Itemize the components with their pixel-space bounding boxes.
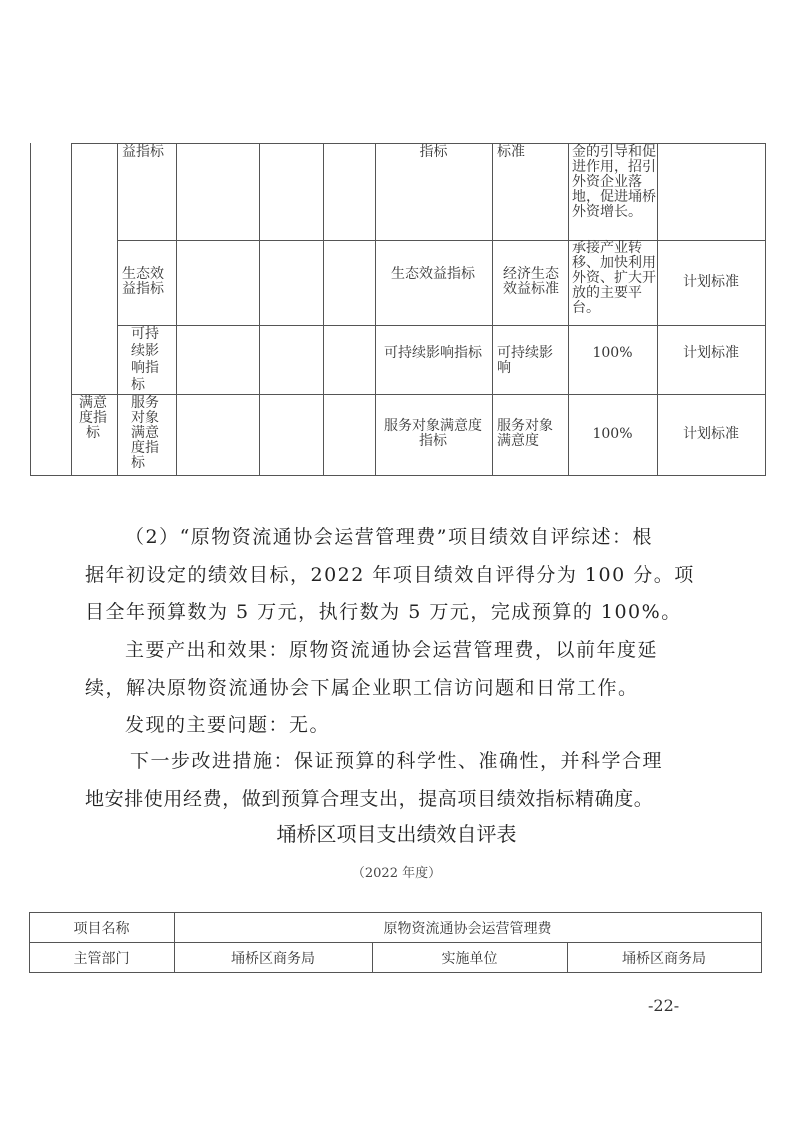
- page-number: -22-: [648, 996, 679, 1015]
- dept-value: 埇桥区商务局: [174, 948, 372, 968]
- table-cell-category: 满意度指标: [76, 396, 110, 441]
- table-cell-subcategory: 生态效益指标: [122, 267, 174, 297]
- table-cell-value: 100%: [568, 427, 657, 442]
- paragraph: 下一步改进措施：保证预算的科学性、准确性，并科学合理: [130, 746, 770, 773]
- table-cell-standard: 经济生态效益标准: [497, 267, 565, 297]
- table-cell-value: 100%: [568, 346, 657, 361]
- table-cell-basis: 计划标准: [657, 427, 765, 442]
- dept-label: 主管部门: [29, 948, 174, 968]
- table-subtitle: （2022 年度）: [0, 862, 793, 881]
- table-cell-standard: 标准: [497, 145, 567, 160]
- table-cell-basis: 计划标准: [657, 346, 765, 361]
- unit-label: 实施单位: [372, 948, 567, 968]
- paragraph: （2）“原物资流通协会运营管理费”项目绩效自评综述：根: [125, 522, 765, 549]
- paragraph: 续，解决原物资流通协会下属企业职工信访问题和日常工作。: [85, 673, 725, 700]
- paragraph: 据年初设定的绩效目标，2022 年项目绩效自评得分为 100 分。项: [85, 560, 725, 587]
- paragraph: 发现的主要问题：无。: [125, 710, 765, 737]
- table-cell-indicator: 指标: [375, 145, 492, 160]
- table-cell-indicator: 生态效益指标: [383, 267, 483, 282]
- table-title: 埇桥区项目支出绩效自评表: [0, 818, 793, 847]
- table-cell-value: 承接产业转移、加快利用外资、扩大开放的主要平台。: [572, 241, 656, 316]
- project-name-value: 原物资流通协会运营管理费: [174, 918, 761, 938]
- paragraph: 目全年预算数为 5 万元，执行数为 5 万元，完成预算的 100%。: [85, 597, 725, 624]
- project-name-label: 项目名称: [29, 918, 174, 938]
- table-cell-indicator: 服务对象满意度指标: [383, 419, 483, 449]
- table-cell-subcategory: 服务对象满意度指标: [131, 396, 165, 471]
- table-cell-standard: 服务对象满意度: [497, 419, 565, 449]
- table-cell-standard: 可持续影响: [497, 346, 565, 376]
- unit-value: 埇桥区商务局: [567, 948, 761, 968]
- table-cell-value: 金的引导和促进作用，招引外资企业落地，促进埇桥外资增长。: [572, 145, 656, 220]
- table-cell-indicator: 可持续影响指标: [383, 346, 483, 361]
- table-cell-subcategory: 可持续影响指标: [131, 326, 165, 394]
- table-cell-subcategory: 益指标: [122, 145, 174, 160]
- paragraph: 主要产出和效果：原物资流通协会运营管理费，以前年度延: [125, 635, 765, 662]
- table-cell-basis: 计划标准: [657, 275, 765, 290]
- paragraph: 地安排使用经费，做到预算合理支出，提高项目绩效指标精确度。: [85, 784, 725, 811]
